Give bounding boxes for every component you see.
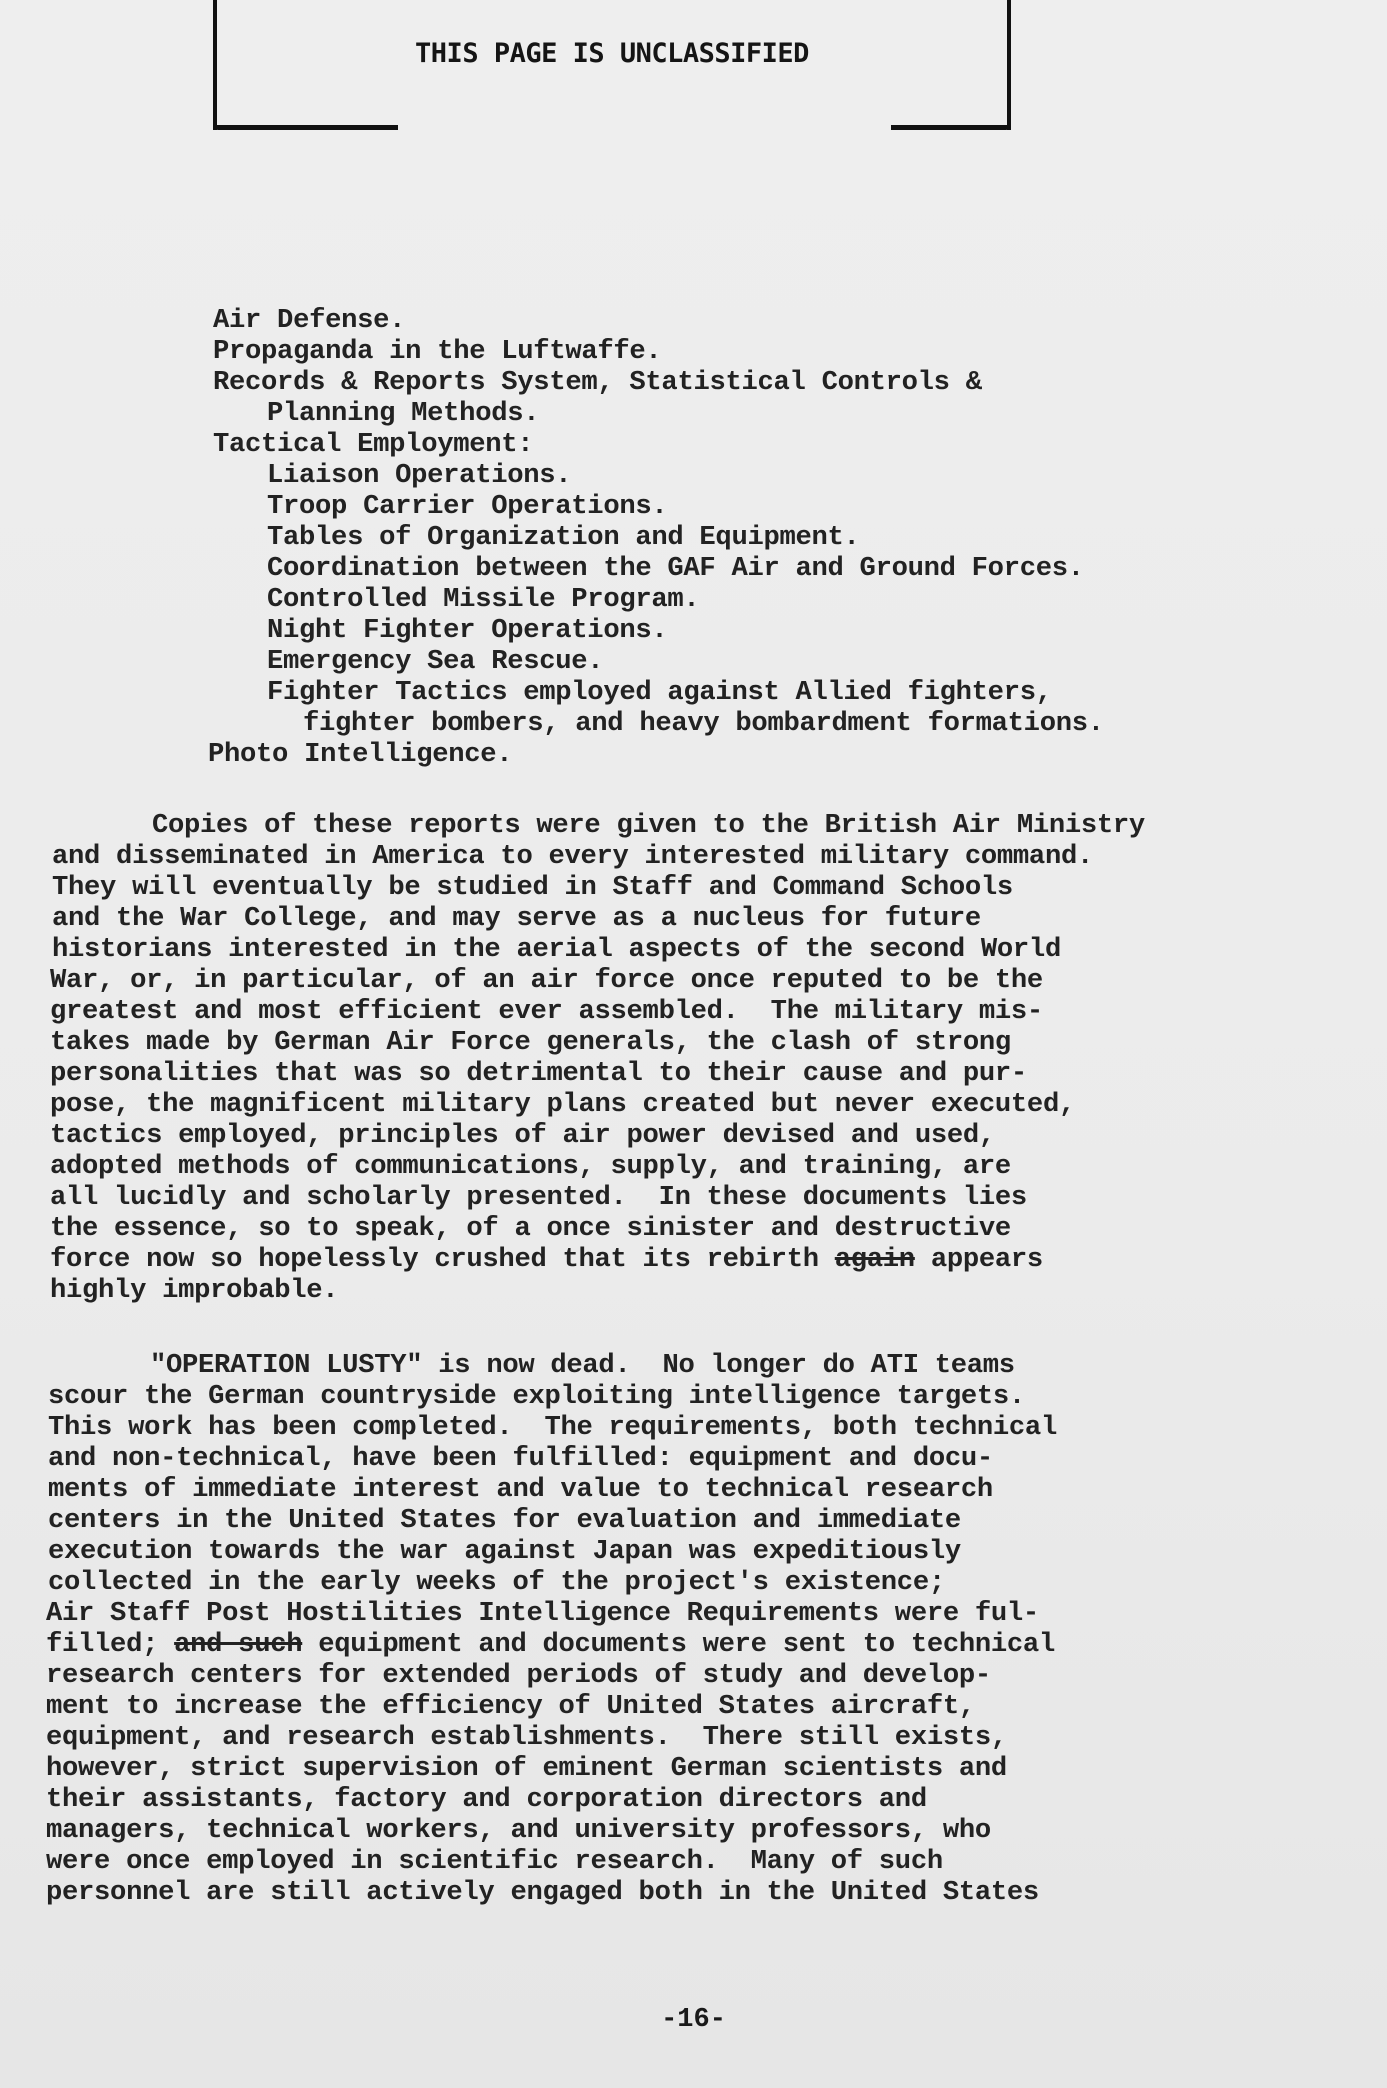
- text-line: their assistants, factory and corporatio…: [46, 1784, 927, 1815]
- text-line: however, strict supervision of eminent G…: [46, 1753, 1007, 1784]
- list-item: Planning Methods.: [267, 398, 539, 429]
- classification-stamp-box: THIS PAGE IS UNCLASSIFIED: [213, 0, 1011, 130]
- text-line: equipment, and research establishments. …: [46, 1722, 1007, 1753]
- text-line: ments of immediate interest and value to…: [48, 1474, 993, 1505]
- text-line: and non-technical, have been fulfilled: …: [48, 1443, 993, 1474]
- text-line: filled; and such equipment and documents…: [46, 1629, 1055, 1660]
- text-line: were once employed in scientific researc…: [46, 1846, 943, 1877]
- list-item: Liaison Operations.: [267, 460, 571, 491]
- struck-word: again: [835, 1244, 915, 1275]
- stamp-corner-right: [891, 125, 1011, 130]
- text-line: research centers for extended periods of…: [46, 1660, 991, 1691]
- text-line: Copies of these reports were given to th…: [152, 810, 1145, 841]
- list-item: Emergency Sea Rescue.: [267, 646, 603, 677]
- page-number: -16-: [0, 2005, 1387, 2035]
- text-line: takes made by German Air Force generals,…: [50, 1027, 1011, 1058]
- text-line: execution towards the war against Japan …: [48, 1536, 961, 1567]
- list-item: Night Fighter Operations.: [267, 615, 667, 646]
- text-line: centers in the United States for evaluat…: [48, 1505, 961, 1536]
- text-line: and the War College, and may serve as a …: [52, 903, 981, 934]
- text-line: This work has been completed. The requir…: [48, 1412, 1057, 1443]
- text-line: scour the German countryside exploiting …: [48, 1381, 1025, 1412]
- text-segment: equipment and documents were sent to tec…: [302, 1629, 1055, 1660]
- text-line: tactics employed, principles of air powe…: [50, 1120, 995, 1151]
- text-line: the essence, so to speak, of a once sini…: [50, 1213, 1011, 1244]
- text-line: force now so hopelessly crushed that its…: [50, 1244, 1043, 1275]
- list-item: Air Defense.: [213, 305, 405, 336]
- text-segment: force now so hopelessly crushed that its…: [50, 1244, 835, 1275]
- list-item: Fighter Tactics employed against Allied …: [267, 677, 1052, 708]
- list-item: Tactical Employment:: [213, 429, 533, 460]
- text-line: all lucidly and scholarly presented. In …: [50, 1182, 1027, 1213]
- list-item: fighter bombers, and heavy bombardment f…: [303, 708, 1104, 739]
- struck-word: and such: [174, 1629, 302, 1660]
- text-line: personalities that was so detrimental to…: [50, 1058, 1027, 1089]
- text-line: greatest and most efficient ever assembl…: [50, 996, 1043, 1027]
- text-segment: filled;: [46, 1629, 174, 1660]
- text-line: personnel are still actively engaged bot…: [46, 1877, 1039, 1908]
- document-page: THIS PAGE IS UNCLASSIFIED Air Defense. P…: [0, 0, 1387, 2088]
- text-line: "OPERATION LUSTY" is now dead. No longer…: [150, 1350, 1015, 1381]
- list-item: Troop Carrier Operations.: [267, 491, 667, 522]
- list-item: Records & Reports System, Statistical Co…: [213, 367, 982, 398]
- text-segment: appears: [915, 1244, 1043, 1275]
- list-item: Controlled Missile Program.: [267, 584, 699, 615]
- text-line: adopted methods of communications, suppl…: [50, 1151, 1011, 1182]
- classification-label: THIS PAGE IS UNCLASSIFIED: [217, 38, 1007, 69]
- text-line: They will eventually be studied in Staff…: [52, 872, 1013, 903]
- list-item: Tables of Organization and Equipment.: [267, 522, 860, 553]
- text-line: and disseminated in America to every int…: [52, 841, 1093, 872]
- text-line: historians interested in the aerial aspe…: [52, 934, 1061, 965]
- text-line: Air Staff Post Hostilities Intelligence …: [46, 1598, 1039, 1629]
- text-line: managers, technical workers, and univers…: [46, 1815, 991, 1846]
- text-line: ment to increase the efficiency of Unite…: [46, 1691, 975, 1722]
- text-line: War, or, in particular, of an air force …: [50, 965, 1043, 996]
- stamp-corner-left: [213, 125, 398, 130]
- list-item: Photo Intelligence.: [208, 739, 512, 770]
- text-line: collected in the early weeks of the proj…: [48, 1567, 945, 1598]
- text-line: pose, the magnificent military plans cre…: [50, 1089, 1075, 1120]
- list-item: Propaganda in the Luftwaffe.: [213, 336, 661, 367]
- text-line: highly improbable.: [50, 1275, 338, 1306]
- list-item: Coordination between the GAF Air and Gro…: [267, 553, 1084, 584]
